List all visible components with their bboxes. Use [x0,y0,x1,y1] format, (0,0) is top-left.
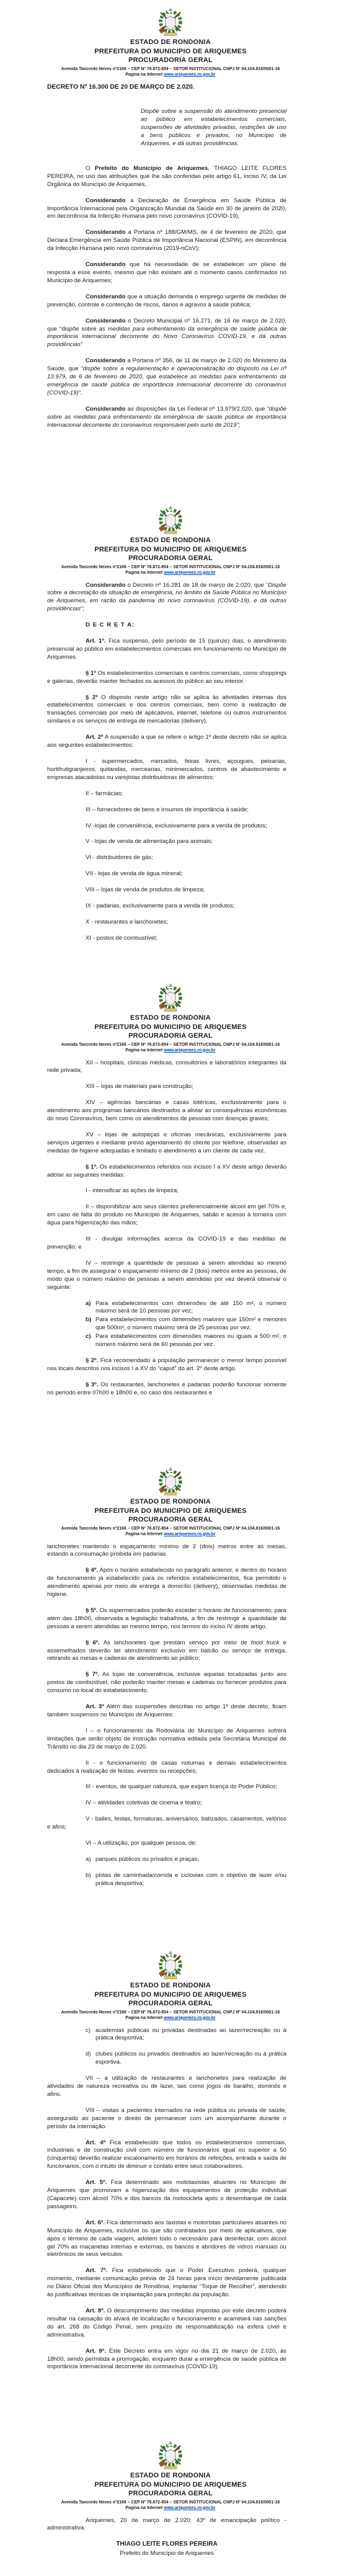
list-item-text: Para estabelecimentos com dimensões de a… [95,1300,286,1316]
paragraph: VII – a utilização de restaurantes e lan… [47,2075,286,2099]
coat-of-arms-icon [153,6,188,38]
list-marker: c) [86,2027,95,2043]
website-link[interactable]: www.ariquemes.ro.gov.br [164,2016,215,2020]
bold-lead: Considerando [86,318,126,324]
page-body: Ariquemes, 20 de março de 2.020; 43º de … [0,2511,341,2559]
paragraph: Considerando a Declaração de Emergência … [47,197,286,221]
list-item-alpha: b)pistas de caminhada/corrida e ciclovia… [86,1872,286,1888]
header-website-line: Pagina na Internet www.ariquemes.ro.gov.… [0,1048,341,1053]
header-website-line: Pagina na Internet www.ariquemes.ro.gov.… [0,570,341,576]
website-link[interactable]: www.ariquemes.ro.gov.br [164,571,215,575]
bold-lead: Prefeito do Município de Ariquemes [95,165,208,172]
paragraph: § 2º O disposto neste artigo não se apli… [47,694,286,726]
text-run: XV – lojas de autopeças e oficinas mecân… [47,1131,286,1154]
page-header: ESTADO DE RONDONIA PREFEITURA DO MUNICIP… [0,980,341,1053]
bold-lead: Art. 6º. [86,2219,105,2226]
text-run: O descumprimento das medidas impostas po… [47,2307,286,2338]
header-address: Avenida Tancredo Neves nº2166 – CEP Nº 7… [0,1042,341,1048]
paragraph: § 1º Os estabelecimentos comerciais e ce… [47,670,286,686]
paragraph: III - divulgar informações acerca da COV… [47,1236,286,1252]
text-run: A suspensão a que se refere o artigo 1º … [47,734,286,749]
header-state: ESTADO DE RONDONIA [0,1014,341,1023]
paragraph: XI - postos de combustível; [47,935,286,943]
paragraph: V - lojas de venda de alimentação para a… [47,838,286,846]
bold-lead: § 7º. [86,1671,99,1678]
website-label: Pagina na Internet [125,73,164,77]
text-run: Os estabelecimentos referidos nos inciso… [47,1164,286,1179]
text-run: VII – a utilização de restaurantes e lan… [47,2075,286,2098]
list-item-text: Para estabelecimentos com dimensões maio… [95,1333,286,1349]
paragraph: X - restaurantes e lanchonetes; [47,919,286,927]
paragraph-continuation: lanchonetes mantendo o espaçamento mínim… [47,1543,286,1559]
paragraph: Ariquemes, 20 de março de 2.020; 43º de … [47,2517,286,2533]
header-state: ESTADO DE RONDONIA [0,38,341,47]
coat-of-arms-icon [153,1949,188,1981]
header-website-line: Pagina na Internet www.ariquemes.ro.gov.… [0,2505,341,2511]
paragraph: VI – A utilização, por qualquer pessoa, … [47,1840,286,1848]
header-procuradoria: PROCURADORIA GERAL [0,56,341,65]
text-run: as disposições da Lei Federal nº 13.979/… [126,406,267,412]
document-page-6: ESTADO DE RONDONIA PREFEITURA DO MUNICIP… [0,2438,341,2576]
text-run: XIII – lojas de materiais para construçã… [86,1083,193,1090]
paragraph: Art. 7º. Fica estabelecido que o Poder E… [47,2267,286,2299]
header-address: Avenida Tancredo Neves nº2166 – CEP Nº 7… [0,564,341,570]
text-run: As lanchonetes que prestam serviço por m… [100,1639,251,1646]
paragraph: I - intensificar as ações de limpeza; [47,1187,286,1195]
text-run: I - supermercados, mercados, feiras livr… [47,758,286,781]
text-run: III – fornecedores de bens e insumos de … [86,806,249,813]
page-header: ESTADO DE RONDONIA PREFEITURA DO MUNICIP… [0,1948,341,2021]
paragraph: III – fornecedores de bens e insumos de … [47,806,286,814]
bold-lead: § 2º. [86,1357,98,1364]
list-marker: c) [86,1333,95,1349]
paragraph: VIII – visitas a pacientes internados na… [47,2107,286,2131]
text-run: que há necessidade de se estabelecer um … [47,261,286,284]
text-run: III - divulgar informações acerca da COV… [47,1236,286,1250]
list-marker: a) [86,1856,95,1864]
header-procuradoria: PROCURADORIA GERAL [0,1515,341,1525]
text-run: Fica estabelecido que todos os estabelec… [47,2139,286,2170]
list-marker: b) [86,1316,95,1332]
paragraph: Art. 8º. O descumprimento das medidas im… [47,2307,286,2340]
coat-of-arms-icon [153,1465,188,1497]
document-page-5: ESTADO DE RONDONIA PREFEITURA DO MUNICIP… [0,1948,341,2438]
list-item-alpha: c)academias públicas ou privadas destina… [86,2027,286,2043]
header-website-line: Pagina na Internet www.ariquemes.ro.gov.… [0,72,341,78]
text-run: que a situação demanda o emprego urgente… [47,293,286,308]
text-run: Além das suspensões descritas no artigo … [47,1703,286,1718]
list-item-text: clubes públicos ou privados destinados a… [95,2051,286,2067]
list-item-alpha: b)Para estabelecimentos com dimensões ma… [86,1316,286,1332]
paragraph: § 4º. Após o horário estabelecido no par… [47,1567,286,1599]
text-run: IV – restringir a quantidade de pessoas … [47,1260,286,1291]
paragraph: Art. 9º. Este Decreto entra em vigor no … [47,2348,286,2372]
text-run: Os estabelecimentos comerciais e centros… [47,670,286,685]
paragraph: Considerando que há necessidade de se es… [47,261,286,285]
text-run: Os restaurantes, lanchonetes e padarias … [47,1381,286,1396]
list-marker: d) [86,2051,95,2067]
website-link[interactable]: www.ariquemes.ro.gov.br [164,1048,215,1053]
bold-lead: Considerando [86,406,126,412]
website-label: Pagina na Internet [125,2016,164,2020]
page-header: ESTADO DE RONDONIA PREFEITURA DO MUNICIP… [0,0,341,78]
paragraph: Art. 5º. Fica determinado aos mototaxist… [47,2179,286,2211]
paragraph: Art. 2º A suspensão a que se refere o ar… [47,734,286,750]
header-state: ESTADO DE RONDONIA [0,536,341,545]
website-label: Pagina na Internet [125,1532,164,1536]
text-run: Prefeito do Município de Ariquemes [120,2550,213,2557]
header-prefeitura: PREFEITURA DO MUNICIPIO DE ARIQUEMES [0,1990,341,2000]
header-state: ESTADO DE RONDONIA [0,1981,341,1990]
page-body: lanchonetes mantendo o espaçamento mínim… [0,1537,341,1888]
list-marker: b) [86,1872,95,1888]
page-body: c)academias públicas ou privadas destina… [0,2021,341,2372]
bold-lead: Art. 1º. [86,638,105,644]
list-item-alpha: a)Para estabelecimentos com dimensões de… [86,1300,286,1316]
paragraph: Art. 4º Fica estabelecido que todos os e… [47,2139,286,2172]
paragraph: IV -lojas de conveniência, exclusivament… [47,822,286,831]
website-link[interactable]: www.ariquemes.ro.gov.br [164,73,215,77]
text-run: XI - postos de combustível; [86,935,157,942]
text-run: II – farmácias; [86,790,123,797]
text-run: DECRETO Nº 16.300 DE 20 DE MARÇO DE 2.02… [47,84,195,91]
paragraph: § 3º. Os restaurantes, lanchonetes e pad… [47,1381,286,1397]
header-prefeitura: PREFEITURA DO MUNICIPIO DE ARIQUEMES [0,1023,341,1032]
paragraph: I – o funcionamento da Rodoviária do Mun… [47,1727,286,1752]
list-item-alpha: d)clubes públicos ou privados destinados… [86,2051,286,2067]
paragraph: § 7º. As lojas de conveniência, inclusiv… [47,1671,286,1695]
bold-lead: § 1º [86,670,96,677]
text-run: Fica recomendado à população permanecer … [47,1357,286,1372]
text-run: Fica suspenso, pelo período de 15 (quinz… [47,638,286,661]
page-body: DECRETO Nº 16.300 DE 20 DE MARÇO DE 2.02… [0,78,341,430]
paragraph: II - o funcionamento de casas noturnas e… [47,1760,286,1776]
paragraph: XIII – lojas de materiais para construçã… [47,1083,286,1091]
header-prefeitura: PREFEITURA DO MUNICIPIO DE ARIQUEMES [0,1507,341,1516]
bold-lead: Art. 9º. [86,2348,106,2355]
text-run: Após o horário estabelecido no parágrafo… [47,1567,286,1598]
header-procuradoria: PROCURADORIA GERAL [0,2489,341,2498]
text-run: II - o funcionamento de casas noturnas e… [47,1760,286,1775]
bold-lead: Considerando [86,229,126,236]
text-run: lanchonetes mantendo o espaçamento mínim… [47,1543,286,1558]
paragraph: IV – restringir a quantidade de pessoas … [47,1260,286,1292]
text-run: Fica determinado aos taxistas e motorist… [47,2219,286,2258]
header-state: ESTADO DE RONDONIA [0,2471,341,2480]
text-run: Fica determinado aos mototaxistas atuant… [47,2179,286,2210]
list-item-text: pistas de caminhada/corrida e ciclovias … [95,1872,286,1888]
text-run: VIII – visitas a pacientes internados na… [47,2107,286,2130]
paragraph: IX - padarias, exclusivamente para a ven… [47,902,286,911]
paragraph: Art. 6º. Fica determinado aos taxistas e… [47,2219,286,2260]
text-run: IV – atividades coletivas de cinema e te… [86,1799,202,1806]
paragraph: Considerando a Portaria nº 188/GM/MS, de… [47,229,286,253]
text-run: THIAGO LEITE FLORES PEREIRA [116,2541,218,2547]
page-header: ESTADO DE RONDONIA PREFEITURA DO MUNICIP… [0,502,341,576]
text-run: XIV – agências bancárias e casas lotéric… [47,1099,286,1122]
text-run: I - intensificar as ações de limpeza; [86,1187,179,1194]
text-run: VI – A utilização, por qualquer pessoa, … [86,1840,197,1847]
text-run: O [86,165,95,172]
text-run: VIII – lojas de venda de produtos de lim… [86,886,205,893]
list-item-alpha: c)Para estabelecimentos com dimensões ma… [86,1333,286,1349]
text-run: O disposto neste artigo não se aplica às… [47,694,286,725]
document-page-4: ESTADO DE RONDONIA PREFEITURA DO MUNICIP… [0,1464,341,1948]
text-run: V - bailes, festas, formaturas, aniversá… [47,1816,286,1830]
coat-of-arms-icon [153,2439,188,2471]
paragraph: V - bailes, festas, formaturas, aniversá… [47,1816,286,1832]
page-body: XII – hospitais, clínicas médicas, consu… [0,1053,341,1397]
decreta-heading: D E C R E T A: [47,622,286,630]
paragraph: § 2º. Fica recomendado à população perma… [47,1357,286,1373]
bold-lead: Considerando [86,582,126,589]
bold-lead: § 4º. [86,1567,98,1574]
header-prefeitura: PREFEITURA DO MUNICIPIO DE ARIQUEMES [0,545,341,555]
paragraph: O Prefeito do Município de Ariquemes, TH… [47,165,286,189]
header-address: Avenida Tancredo Neves nº2166 – CEP Nº 7… [0,1526,341,1531]
page-body: Considerando o Decreto nº 16.281 de 18 d… [0,576,341,943]
text-run: D E C R E T A: [86,622,135,628]
header-procuradoria: PROCURADORIA GERAL [0,1032,341,1041]
header-address: Avenida Tancredo Neves nº2166 – CEP Nº 7… [0,2010,341,2015]
paragraph: XII – hospitais, clínicas médicas, consu… [47,1059,286,1076]
website-link[interactable]: www.ariquemes.ro.gov.br [164,2506,215,2510]
paragraph: § 1º. Os estabelecimentos referidos nos … [47,1164,286,1180]
bold-lead: Art. 3º [86,1703,104,1710]
paragraph: VIII – lojas de venda de produtos de lim… [47,886,286,894]
paragraph: § 6º. As lanchonetes que prestam serviço… [47,1639,286,1664]
bold-lead: Considerando [86,197,126,204]
header-address: Avenida Tancredo Neves nº2166 – CEP Nº 7… [0,66,341,72]
text-run: X - restaurantes e lanchonetes; [86,919,168,925]
bold-lead: Considerando [86,357,126,364]
text-run: XII – hospitais, clínicas médicas, consu… [47,1059,286,1074]
document-page-1: ESTADO DE RONDONIA PREFEITURA DO MUNICIP… [0,0,341,502]
paragraph: Considerando a Portaria nº 356, de 11 de… [47,357,286,398]
text-run: Ariquemes, 20 de março de 2.020; 43º de … [47,2517,286,2532]
ementa: Dispõe sobre a suspensão do atendimento … [141,108,286,148]
header-website-line: Pagina na Internet www.ariquemes.ro.gov.… [0,1531,341,1537]
bold-lead: Considerando [86,261,126,268]
header-procuradoria: PROCURADORIA GERAL [0,554,341,563]
paragraph: Art. 3º Além das suspensões descritas no… [47,1703,286,1719]
text-run: I – o funcionamento da Rodoviária do Mun… [47,1727,286,1750]
paragraph: XIV – agências bancárias e casas lotéric… [47,1099,286,1123]
text-run: VI - distribuidores de gás; [86,854,153,861]
text-run: III - eventos, de qualquer natureza, que… [86,1783,277,1790]
signature-name: THIAGO LEITE FLORES PEREIRA [47,2541,286,2549]
list-item-text: academias públicas ou privadas destinada… [95,2027,286,2043]
header-prefeitura: PREFEITURA DO MUNICIPIO DE ARIQUEMES [0,47,341,56]
bold-lead: § 6º. [86,1639,100,1646]
list-item-text: Para estabelecimentos com dimensões maio… [95,1316,286,1332]
website-label: Pagina na Internet [125,1048,164,1053]
header-address: Avenida Tancredo Neves nº2166 – CEP Nº 7… [0,2500,341,2505]
coat-of-arms-icon [153,504,188,536]
text-run: a Declaração de Emergência em Saúde Públ… [47,197,286,220]
bold-lead: Art. 8º. [86,2307,105,2314]
website-label: Pagina na Internet [125,2506,164,2510]
bold-lead: § 1º. [86,1164,98,1170]
paragraph: VI - distribuidores de gás; [47,854,286,862]
paragraph: II – farmácias; [47,790,286,798]
italic-text: “dispõe sobre a regulamentação e operaci… [47,365,286,396]
paragraph: II – disponibilizar aos seus clientes pr… [47,1203,286,1228]
text-run: VII - lojas de venda de água mineral; [86,870,182,877]
bold-lead: § 3º. [86,1381,99,1388]
text-run: a Portaria nº 188/GM/MS, de 4 de feverei… [47,229,286,252]
text-run: o Decreto nº 16.281 de 18 de março de 2.… [126,582,268,589]
text-run: Fica estabelecido que o Poder Executivo … [47,2267,286,2298]
text-run: IV -lojas de conveniência, exclusivament… [86,822,267,829]
paragraph: III - eventos, de qualquer natureza, que… [47,1783,286,1791]
paragraph: Considerando o Decreto nº 16.281 de 18 d… [47,582,286,614]
header-website-line: Pagina na Internet www.ariquemes.ro.gov.… [0,2015,341,2021]
paragraph: VII - lojas de venda de água mineral; [47,870,286,878]
text-run: ”; [81,605,84,612]
paragraph: Considerando que a situação demanda o em… [47,293,286,310]
list-item-alpha: a)parques públicos ou privados e praças; [86,1856,286,1864]
page-header: ESTADO DE RONDONIA PREFEITURA DO MUNICIP… [0,2438,341,2511]
bold-lead: Art. 4º [86,2139,105,2146]
text-run: Os supermercados poderão exceder o horár… [47,1607,286,1630]
signature-role: Prefeito do Município de Ariquemes [47,2550,286,2558]
text-run: II – disponibilizar aos seus clientes pr… [47,1203,286,1226]
bold-lead: Considerando [86,293,126,300]
paragraph: Considerando as disposições da Lei Feder… [47,406,286,430]
text-run: Dispõe sobre a suspensão do atendimento … [141,108,286,147]
list-marker: a) [86,1300,95,1316]
paragraph: XV – lojas de autopeças e oficinas mecân… [47,1131,286,1156]
website-link[interactable]: www.ariquemes.ro.gov.br [164,1532,215,1536]
italic-text: food truck [251,1639,280,1646]
bold-lead: § 2º [86,694,98,701]
paragraph: Art. 1º. Fica suspenso, pelo período de … [47,638,286,662]
header-prefeitura: PREFEITURA DO MUNICIPIO DE ARIQUEMES [0,2480,341,2490]
page-header: ESTADO DE RONDONIA PREFEITURA DO MUNICIP… [0,1464,341,1537]
bold-lead: Art. 7º. [86,2267,107,2274]
bold-lead: Art. 2º [86,734,103,741]
bold-lead: Art. 5º. [86,2179,107,2186]
document-page-3: ESTADO DE RONDONIA PREFEITURA DO MUNICIP… [0,980,341,1464]
header-state: ESTADO DE RONDONIA [0,1497,341,1507]
text-run: IX - padarias, exclusivamente para a ven… [86,902,235,909]
bold-lead: § 5º. [86,1607,98,1614]
list-item-text: parques públicos ou privados e praças; [95,1856,286,1864]
paragraph: I - supermercados, mercados, feiras livr… [47,758,286,782]
header-procuradoria: PROCURADORIA GERAL [0,1999,341,2008]
website-label: Pagina na Internet [125,571,164,575]
paragraph: § 5º. Os supermercados poderão exceder o… [47,1607,286,1631]
document-page-2: ESTADO DE RONDONIA PREFEITURA DO MUNICIP… [0,502,341,980]
text-run: V - lojas de venda de alimentação para a… [86,838,213,845]
paragraph: Considerando o Decreto Municipal nº 16.2… [47,318,286,350]
document-title: DECRETO Nº 16.300 DE 20 DE MARÇO DE 2.02… [47,84,286,92]
text-run: Este Decreto entra em vigor no dia 21 de… [47,2348,286,2371]
coat-of-arms-icon [153,981,188,1014]
text-run: As lojas de conveniência, inclusive aque… [47,1671,286,1694]
paragraph: IV – atividades coletivas de cinema e te… [47,1799,286,1807]
